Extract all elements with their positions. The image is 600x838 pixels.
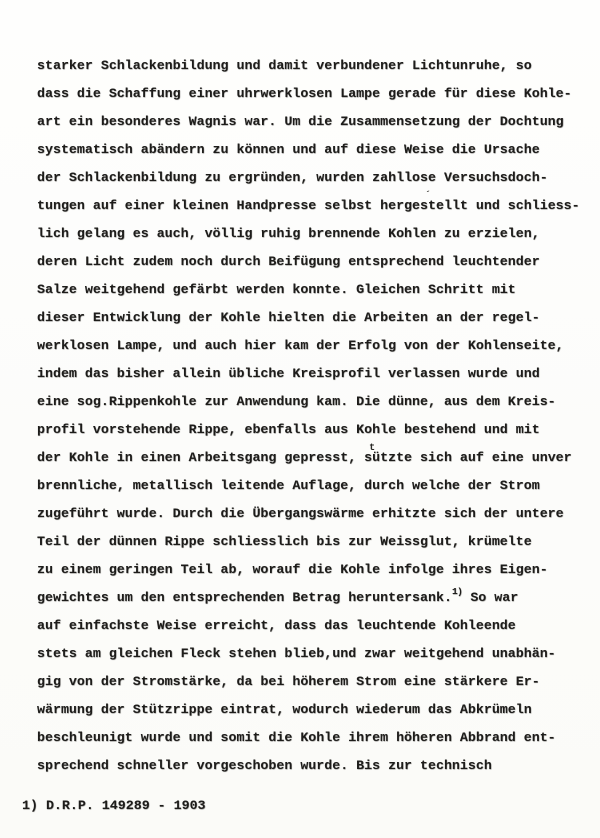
text-line: gig von der Stromstärke, da bei höherem …: [37, 668, 582, 696]
text-line: Teil der dünnen Rippe schliesslich bis z…: [37, 528, 582, 556]
text-line: sprechend schneller vorgeschoben wurde. …: [37, 752, 582, 780]
text-line: beschleunigt wurde und somit die Kohle i…: [37, 724, 582, 752]
text-line: eine sog.Rippenkohle zur Anwendung kam. …: [37, 388, 582, 416]
footnote-reference: 1): [452, 586, 462, 597]
text-segment: stets am gleichen Fleck stehen blieb,und…: [37, 646, 556, 661]
text-segment: deren Licht zudem noch durch Beifügung e…: [37, 254, 540, 269]
text-line: stets am gleichen Fleck stehen blieb,und…: [37, 640, 582, 668]
text-line: profil vorstehende Rippe, ebenfalls aus …: [37, 416, 582, 444]
text-segment: tungen auf einer kleinen Handpresse selb…: [37, 198, 428, 213]
text-line: dass die Schaffung einer uhrwerklosen La…: [37, 80, 582, 108]
text-line: indem das bisher allein übliche Kreispro…: [37, 360, 582, 388]
text-segment: dieser Entwicklung der Kohle hielten die…: [37, 310, 540, 325]
text-line: brennliche, metallisch leitende Auflage,…: [37, 472, 582, 500]
text-line: dieser Entwicklung der Kohle hielten die…: [37, 304, 582, 332]
text-segment: zu einem geringen Teil ab, worauf die Ko…: [37, 562, 548, 577]
text-segment: dass die Schaffung einer uhrwerklosen La…: [37, 86, 572, 101]
text-segment: gewichtes um den entsprechenden Betrag h…: [37, 590, 452, 605]
text-segment: art ein besonderes Wagnis war. Um die Zu…: [37, 114, 564, 129]
text-line: zugeführt wurde. Durch die Übergangswärm…: [37, 500, 582, 528]
page-body: starker Schlackenbildung und damit verbu…: [37, 52, 582, 780]
text-segment: sprechend schneller vorgeschoben wurde. …: [37, 758, 492, 773]
text-segment: Salze weitgehend gefärbt werden konnte. …: [37, 282, 516, 297]
text-segment: So war: [462, 590, 518, 605]
text-segment: auf einfachste Weise erreicht, dass das …: [37, 618, 516, 633]
text-line: deren Licht zudem noch durch Beifügung e…: [37, 248, 582, 276]
text-line: gewichtes um den entsprechenden Betrag h…: [37, 584, 582, 612]
text-segment: tellt und schliess-: [428, 198, 580, 213]
text-segment: beschleunigt wurde und somit die Kohle i…: [37, 730, 556, 745]
text-line: Salze weitgehend gefärbt werden konnte. …: [37, 276, 582, 304]
text-segment: zugeführt wurde. Durch die Übergangswärm…: [37, 506, 564, 521]
text-line: art ein besonderes Wagnis war. Um die Zu…: [37, 108, 582, 136]
text-segment: werklosen Lampe, und auch hier kam der E…: [37, 338, 564, 353]
text-segment: der Kohle in einen Arbeitsgang gepresst,…: [37, 450, 372, 465]
text-line: wärmung der Stützrippe eintrat, wodurch …: [37, 696, 582, 724]
text-segment: ützte sich auf eine unver: [372, 450, 572, 465]
text-segment: eine sog.Rippenkohle zur Anwendung kam. …: [37, 394, 556, 409]
text-line: der Schlackenbildung zu ergründen, wurde…: [37, 164, 582, 192]
text-segment: gig von der Stromstärke, da bei höherem …: [37, 674, 540, 689]
text-segment: lich gelang es auch, völlig ruhig brenne…: [37, 226, 540, 241]
text-line: systematisch abändern zu können und auf …: [37, 136, 582, 164]
text-segment: wärmung der Stützrippe eintrat, wodurch …: [37, 702, 532, 717]
text-line: zu einem geringen Teil ab, worauf die Ko…: [37, 556, 582, 584]
text-line: starker Schlackenbildung und damit verbu…: [37, 52, 582, 80]
footnote: 1) D.R.P. 149289 - 1903: [22, 792, 582, 820]
text-line: auf einfachste Weise erreicht, dass das …: [37, 612, 582, 640]
text-segment: profil vorstehende Rippe, ebenfalls aus …: [37, 422, 540, 437]
text-line: tungen auf einer kleinen Handpresse selb…: [37, 192, 582, 220]
text-line: lich gelang es auch, völlig ruhig brenne…: [37, 220, 582, 248]
text-segment: starker Schlackenbildung und damit verbu…: [37, 58, 532, 73]
text-segment: der Schlackenbildung zu ergründen, wurde…: [37, 170, 548, 185]
text-segment: brennliche, metallisch leitende Auflage,…: [37, 478, 540, 493]
text-segment: Teil der dünnen Rippe schliesslich bis z…: [37, 534, 532, 549]
text-line: werklosen Lampe, und auch hier kam der E…: [37, 332, 582, 360]
text-line: der Kohle in einen Arbeitsgang gepresst,…: [37, 444, 582, 472]
text-segment: indem das bisher allein übliche Kreispro…: [37, 366, 540, 381]
typewritten-page: starker Schlackenbildung und damit verbu…: [0, 0, 600, 838]
text-segment: systematisch abändern zu können und auf …: [37, 142, 540, 157]
